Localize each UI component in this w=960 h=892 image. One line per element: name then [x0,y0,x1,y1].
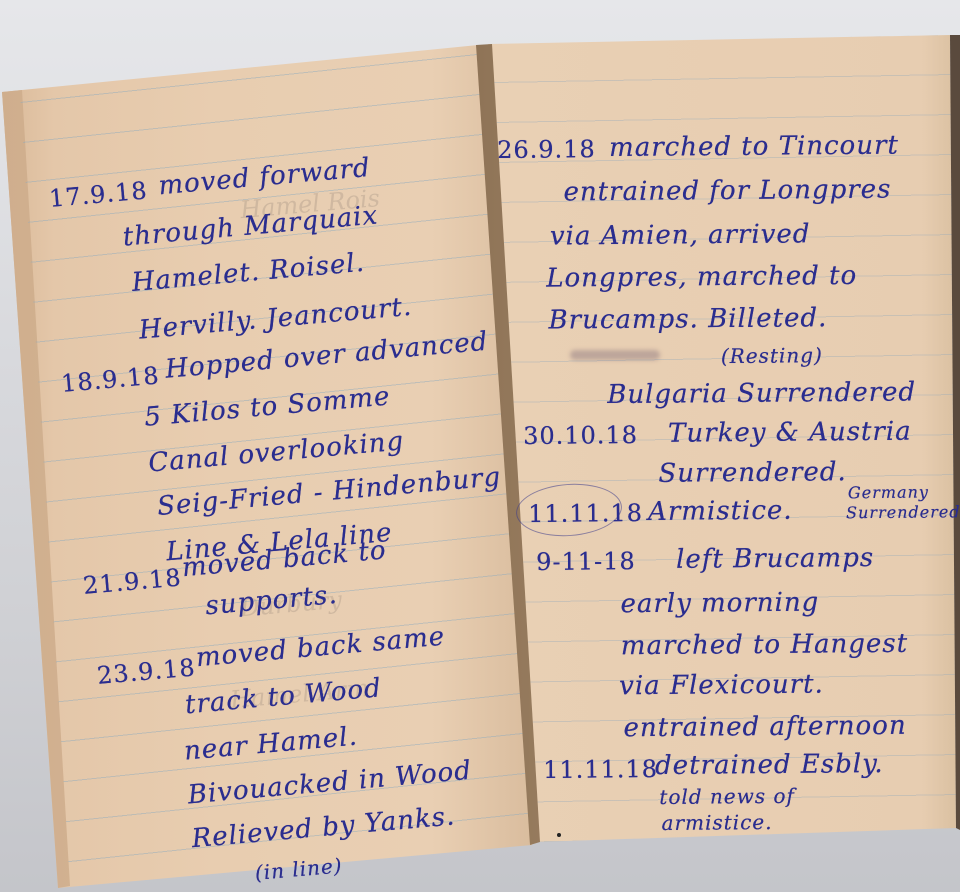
entry-date: 26.9.18 [497,135,596,164]
entry-line: via Amien, arrived [550,219,811,251]
entry-line: marched to Tincourt [609,130,899,163]
entry-line: Armistice. [648,496,793,527]
entry-date: 11.11.18 [543,755,658,784]
entry-date: 30.10.18 [523,421,638,450]
entry-line: entrained afternoon [623,711,906,743]
entry-line: told news of [659,784,795,809]
ink-smudge [570,350,660,360]
entry-line: via Flexicourt. [619,669,824,701]
entry-line: Surrendered. [658,457,847,489]
notebook-photo: Hamel Rois Durbury Hamel Arm 17.9.18 mov… [0,0,960,892]
entry-line: marched to Hangest [621,629,909,662]
entry-line: armistice. [661,810,772,835]
entry-line: Germany [848,483,929,503]
entry-line: Brucamps. Billeted. [548,303,827,335]
entry-line: Bulgaria Surrendered [607,377,916,410]
entry-line: early morning [620,588,819,620]
entry-line: Turkey & Austria [668,417,912,449]
entry-line: Surrendered. [846,502,960,522]
entry-line: Longpres, marched to [546,261,857,294]
entry-date: 11.11.18 [528,499,643,528]
entry-line: left Brucamps [676,543,874,575]
entry-line: detrained Esbly. [655,749,884,781]
entry-line: (Resting) [721,343,823,368]
entry-date: 9-11-18 [536,547,636,576]
entry-line: entrained for Longpres [563,175,891,208]
ink-dot [557,833,561,837]
